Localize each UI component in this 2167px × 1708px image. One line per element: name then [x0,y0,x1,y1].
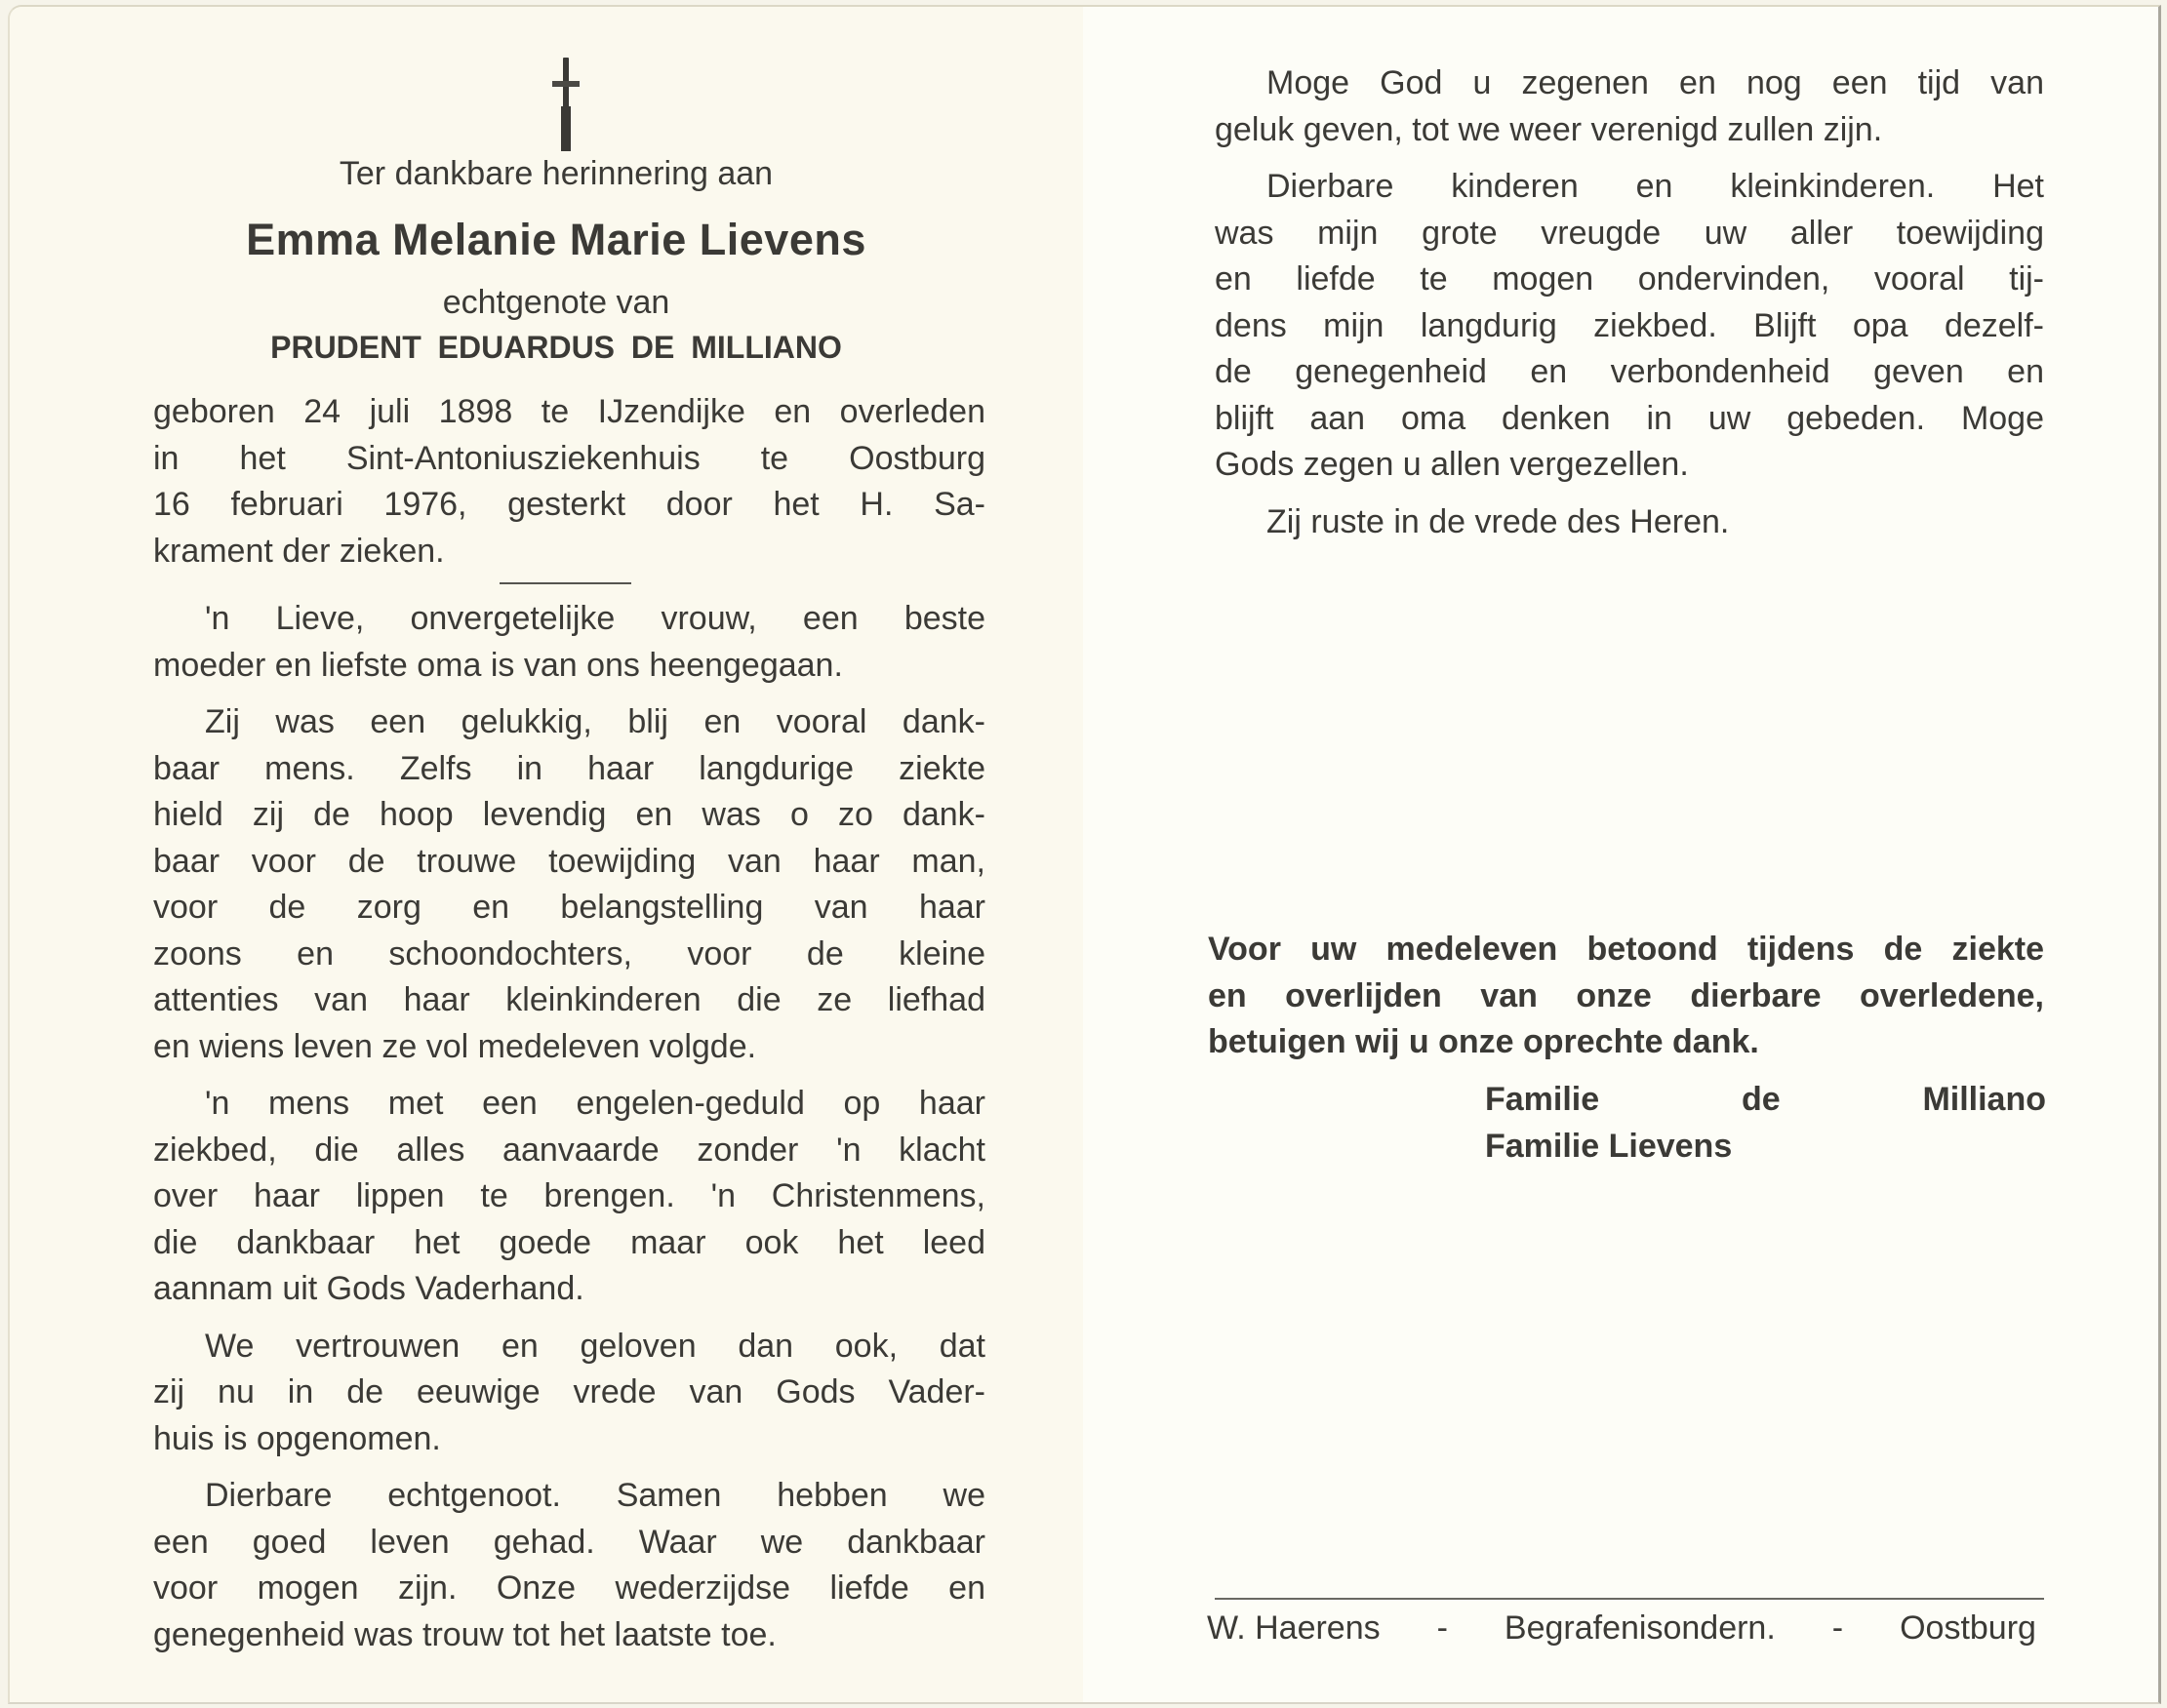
intro-text: Ter dankbare herinnering aan [10,155,1103,193]
paragraph-line: Dierbare echtgenoot. Samen hebben we [205,1476,985,1515]
footer-undertaker: W. Haerens [1207,1609,1381,1648]
paragraph-line: 'n mens met een engelen-geduld op haar [205,1084,985,1123]
paragraph-line: genegenheid was trouw tot het laatste to… [153,1615,985,1654]
spouse-name: PRUDENT EDUARDUS DE MILLIANO [10,330,1103,366]
paragraph-line: was mijn grote vreugde uw aller toewijdi… [1215,214,2044,253]
paragraph-line: die dankbaar het goede maar ook het leed [153,1223,985,1262]
biography-line: geboren 24 juli 1898 te IJzendijke en ov… [153,392,985,431]
paragraph-line: dens mijn langdurig ziekbed. Blijft opa … [1215,306,2044,345]
signature-line: Familie Lievens [1485,1127,2046,1166]
biography-line: krament der zieken. [153,532,985,571]
paragraph-line: voor mogen zijn. Onze wederzijdse liefde… [153,1569,985,1608]
thanks-line: Voor uw medeleven betoond tijdens de zie… [1208,930,2044,969]
paragraph-line: baar mens. Zelfs in haar langdurige ziek… [153,749,985,788]
paragraph-line: huis is opgenomen. [153,1419,985,1458]
paragraph-line: en wiens leven ze vol medeleven volgde. [153,1027,985,1066]
footer-profession: Begrafenisondern. [1505,1609,1776,1648]
paragraph-line: Moge God u zegenen en nog een tijd van [1266,63,2044,102]
paragraph-line: geluk geven, tot we weer verenigd zullen… [1215,110,2044,149]
paragraph-line: Zij was een gelukkig, blij en vooral dan… [205,702,985,741]
paragraph-line: voor de zorg en belangstelling van haar [153,888,985,927]
paragraph-line: zij nu in de eeuwige vrede van Gods Vade… [153,1372,985,1411]
footer-separator: - [1832,1609,1843,1648]
paragraph-line: moeder en liefste oma is van ons heengeg… [153,646,985,685]
footer-separator: - [1437,1609,1448,1648]
paragraph-line: aannam uit Gods Vaderhand. [153,1269,985,1308]
footer-rule [1215,1598,2044,1600]
paragraph-line: Gods zegen u allen vergezellen. [1215,445,2044,484]
separator-line [500,582,631,584]
thanks-line: betuigen wij u onze oprechte dank. [1208,1022,2044,1061]
paragraph-line: en liefde te mogen ondervinden, vooral t… [1215,259,2044,298]
right-page: Moge God u zegenen en nog een tijd vange… [1083,7,2158,1702]
paragraph-line: zoons en schoondochters, voor de kleine [153,934,985,973]
paragraph-line: baar voor de trouwe toewijding van haar … [153,842,985,881]
thanks-line: en overlijden van onze dierbare overlede… [1208,976,2044,1015]
biography-line: 16 februari 1976, gesterkt door het H. S… [153,485,985,524]
footer-town: Oostburg [1900,1609,2036,1648]
footer: W. Haerens - Begrafenisondern. - Oostbur… [1207,1609,2036,1648]
paragraph-line: de genegenheid en verbondenheid geven en [1215,352,2044,391]
left-page: Ter dankbare herinnering aan Emma Melani… [10,7,1083,1702]
cross-icon [552,58,580,151]
relation-text: echtgenote van [10,284,1103,322]
paragraph-line: ziekbed, die alles aanvaarde zonder 'n k… [153,1131,985,1170]
paragraph-line: hield zij de hoop levendig en was o zo d… [153,795,985,834]
deceased-name: Emma Melanie Marie Lievens [10,215,1103,265]
paragraph-line: We vertrouwen en geloven dan ook, dat [205,1327,985,1366]
paragraph-line: 'n Lieve, onvergetelijke vrouw, een best… [205,599,985,638]
paragraph-line: Zij ruste in de vrede des Heren. [1266,502,2044,541]
memorial-card: Ter dankbare herinnering aan Emma Melani… [8,5,2161,1704]
biography-line: in het Sint-Antoniusziekenhuis te Oostbu… [153,439,985,478]
signature-line: Familie de Milliano [1485,1080,2046,1119]
paragraph-line: Dierbare kinderen en kleinkinderen. Het [1266,167,2044,206]
paragraph-line: blijft aan oma denken in uw gebeden. Mog… [1215,399,2044,438]
paragraph-line: een goed leven gehad. Waar we dankbaar [153,1523,985,1562]
paragraph-line: attenties van haar kleinkinderen die ze … [153,980,985,1019]
paragraph-line: over haar lippen te brengen. 'n Christen… [153,1176,985,1215]
